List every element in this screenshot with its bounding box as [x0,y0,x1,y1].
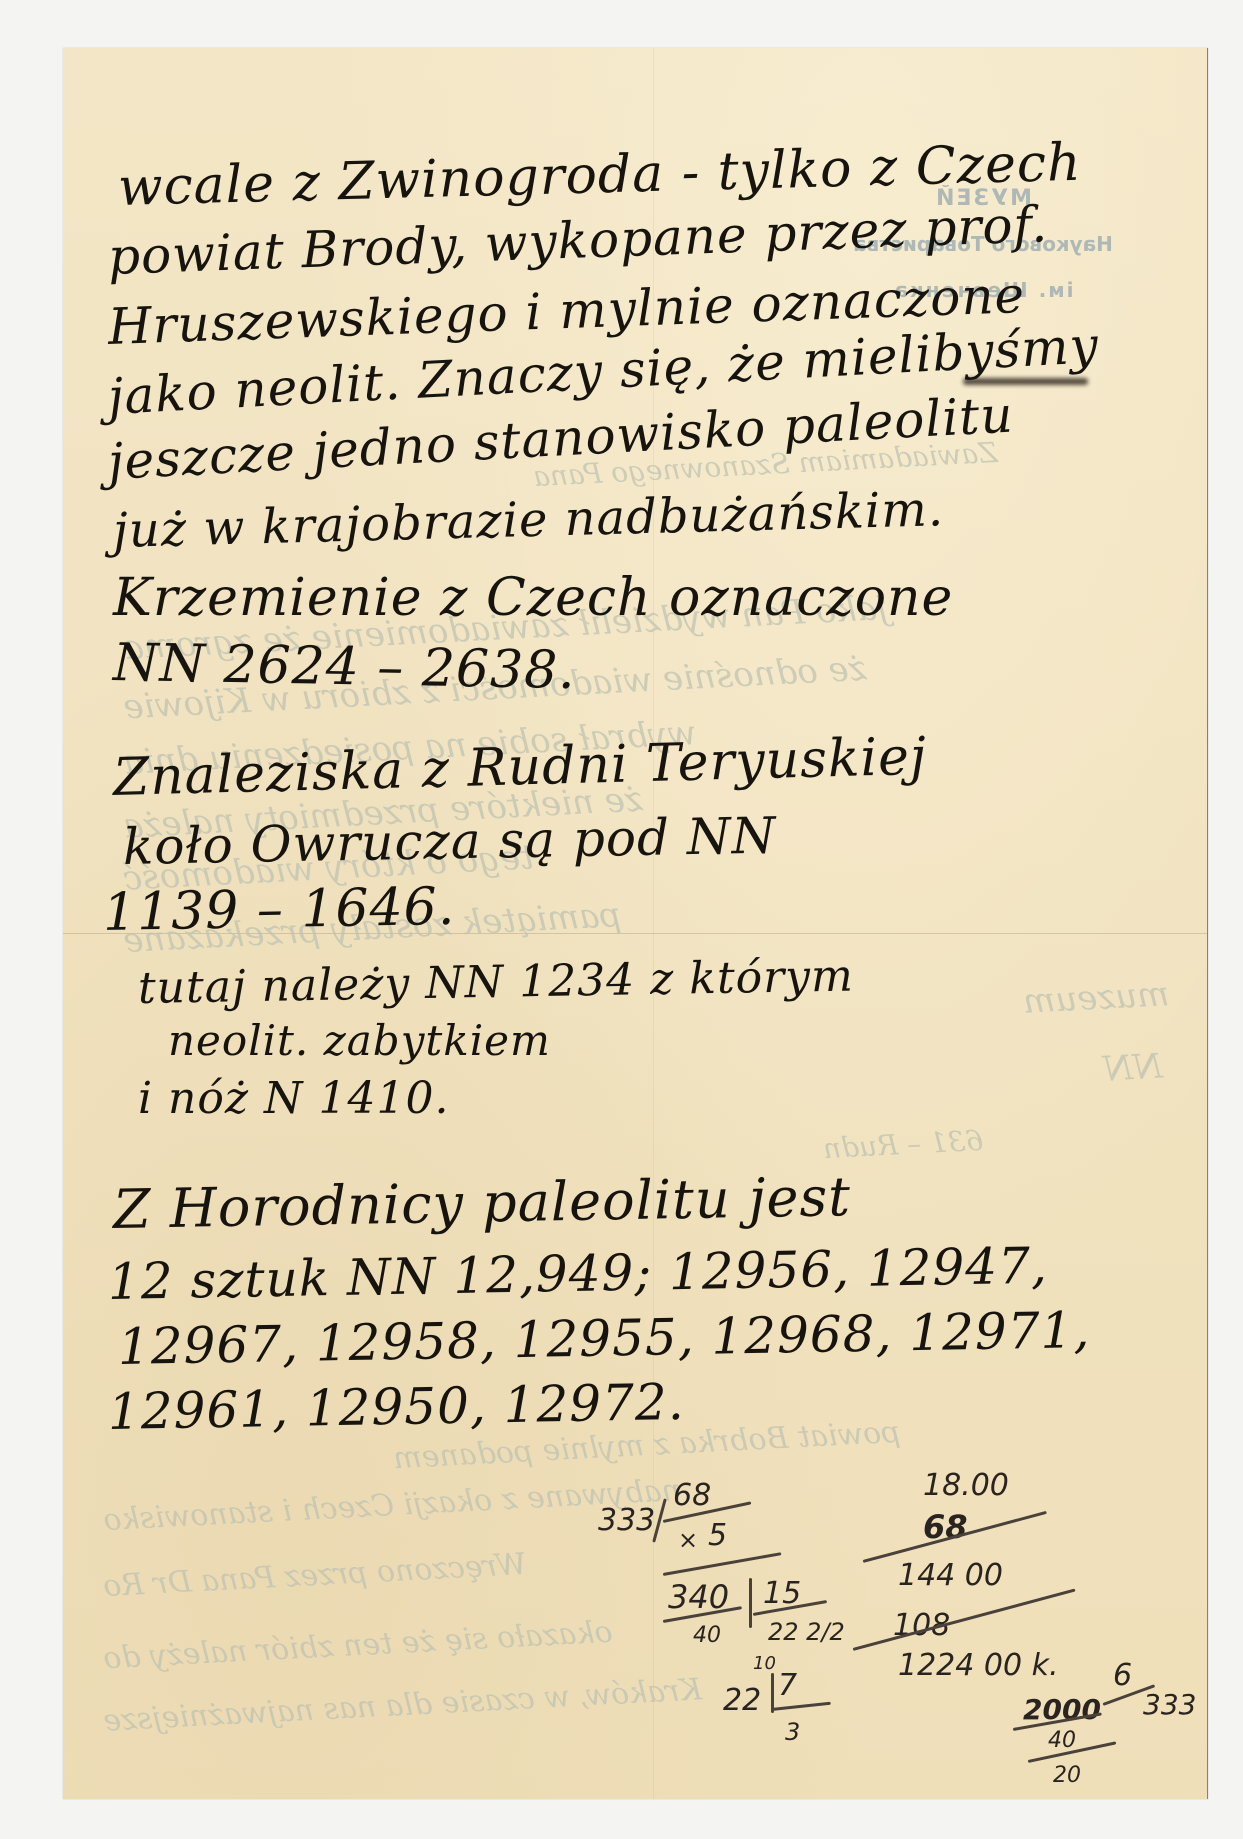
mult-rule-2 [853,1589,1076,1651]
calc-quotient-22: 22 2/2 [768,1618,845,1646]
handwritten-line: neolit. zabytkiem [168,1016,551,1065]
handwritten-line: 12 sztuk NN 12,949; 12956, 12947, [107,1237,1048,1311]
ghost-line: nabywane z okazji Czech i stanowisko [102,1473,681,1538]
calc-dividend-333: 333 [598,1503,655,1538]
calc-rest-20: 20 [1053,1763,1081,1788]
handwritten-line: 12961, 12950, 12972. [107,1373,685,1441]
calc-quotient-3: 3 [785,1718,800,1746]
calc-mult-line1: 144 00 [898,1558,1003,1593]
ghost-line: Wręczono przez Pana Dr Ro [102,1547,527,1604]
handwritten-line: NN 2624 – 2638. [112,633,576,701]
division-rule-3 [771,1702,831,1711]
calc-quotient-333: 333 [1143,1688,1196,1721]
paper-sheet: МУЗЕЙ Наукового Товариства ім. Шевченка … [63,48,1208,1799]
handwritten-line: i nóż N 1410. [138,1073,450,1124]
calc-rest-40: 40 [1048,1728,1076,1753]
calc-rest-40: 40 [693,1623,721,1648]
handwritten-line: Z Horodnicy paleolitu jest [112,1165,851,1241]
ghost-line: muzeum [1022,974,1170,1022]
calc-mult-top: 18.00 [923,1468,1009,1503]
calc-dividend-22: 22 [723,1683,761,1718]
calc-mult-result: 1224 00 k. [898,1648,1059,1683]
handwritten-line: 12967, 12958, 12955, 12968, 12971, [117,1301,1090,1376]
ghost-line: Kraków, w czasie dla nas najważniejsze [102,1672,702,1738]
calc-divisor-7: 7 [778,1668,797,1703]
multiply-sign: × [678,1526,698,1554]
division-bracket-2 [749,1578,752,1628]
calc-divisor-6: 6 [1113,1658,1132,1693]
ghost-line: okazało się że ten zbiór należy do [102,1615,613,1677]
product-rule [663,1552,782,1576]
ghost-line: NN [1102,1046,1164,1089]
ghost-line: 631 – Rudn [822,1124,984,1165]
calc-note-10: 10 [753,1653,776,1674]
handwritten-line: już w krajobrazie nadbużańskim. [112,481,944,559]
handwritten-line: 1139 – 1646. [102,877,455,943]
handwritten-line: koło Owrucza są pod NN [122,807,776,876]
handwritten-line: Krzemienie z Czech oznaczone [113,568,953,628]
calc-divisor-68: 68 [673,1478,711,1513]
handwritten-line: tutaj należy NN 1234 z którym [138,951,855,1014]
calc-factor-5: 5 [708,1518,727,1553]
